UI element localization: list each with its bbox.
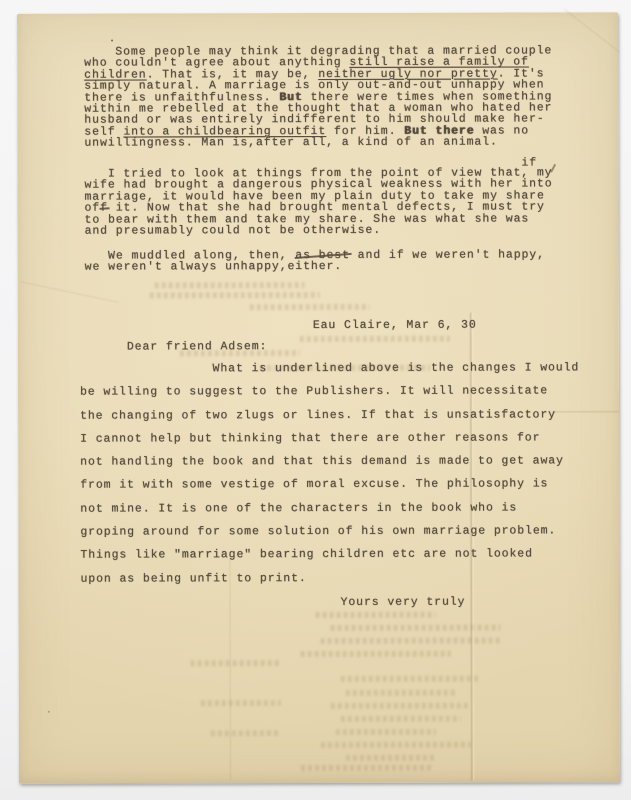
bleedthrough-line: [316, 612, 436, 618]
bleedthrough-line: [301, 765, 431, 771]
bleedthrough-line: [341, 716, 461, 722]
closing: Yours very truly: [341, 597, 466, 609]
bleedthrough-line: [346, 755, 436, 761]
bleedthrough-line: [211, 730, 281, 736]
bleedthrough-line: [300, 336, 450, 342]
bleedthrough-line: [331, 703, 471, 709]
bleedthrough-line: [201, 700, 281, 706]
bleedthrough-line: [150, 292, 320, 298]
letter-body: What is underlined above is the changes …: [80, 356, 580, 590]
corner-crease: [564, 9, 620, 53]
bleedthrough-line: [336, 729, 436, 735]
paragraph-wife-weakness: I tried to look at things from the point…: [84, 167, 552, 237]
paragraph-muddled-along: We muddled along, then, as best and if w…: [85, 249, 545, 273]
bleedthrough-line: [191, 660, 281, 666]
ink-dot: [111, 40, 113, 42]
ink-dot: [48, 711, 50, 713]
bleedthrough-line: [341, 676, 481, 682]
bleedthrough-line: [250, 304, 370, 310]
edge-crease: [21, 281, 119, 303]
bleedthrough-line: [301, 651, 451, 657]
salutation: Dear friend Adsem:: [127, 341, 267, 353]
fold-crease-vertical-left: [229, 558, 231, 780]
bleedthrough-line: [155, 282, 305, 288]
bleedthrough-line: [321, 742, 471, 748]
paragraph-marriage-philosophy: Some people may think it degrading that …: [84, 45, 552, 149]
bleedthrough-line: [346, 690, 456, 696]
dateline: Eau Claire, Mar 6, 30: [313, 320, 477, 332]
letter-page: Some people may think it degrading that …: [17, 12, 620, 784]
bleedthrough-line: [331, 625, 501, 631]
